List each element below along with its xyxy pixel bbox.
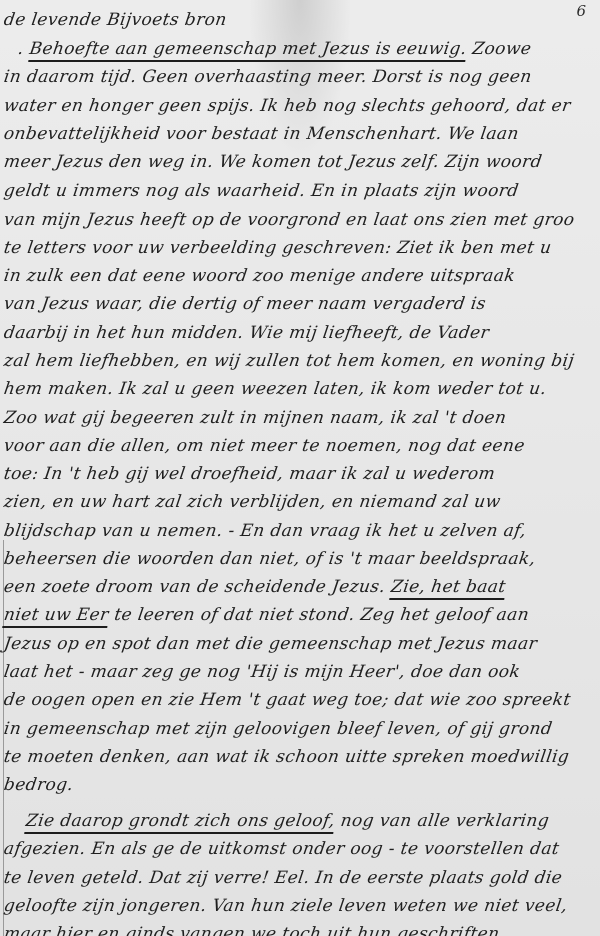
manuscript-line: . Behoefte aan gemeenschap met Jezus is … — [17, 39, 533, 59]
manuscript-line: zal hem liefhebben, en wij zullen tot he… — [3, 351, 576, 371]
underlined-phrase: niet uw Eer — [2, 605, 110, 628]
manuscript-line: te moeten denken, aan wat ik schoon uitt… — [3, 747, 571, 767]
manuscript-line: meer Jezus den weg in. We komen tot Jezu… — [3, 152, 544, 172]
manuscript-line: in daarom tijd. Geen overhaasting meer. … — [3, 67, 533, 87]
manuscript-line: te leven geteld. Dat zij verre! Eel. In … — [3, 868, 564, 888]
handwritten-text-body: de levende Bijvoets bron. Behoefte aan g… — [0, 0, 600, 936]
manuscript-line: water en honger geen spijs. Ik heb nog s… — [3, 96, 572, 116]
manuscript-line: onbevattelijkheid voor bestaat in Mensch… — [3, 124, 521, 144]
manuscript-page: 6 de levende Bijvoets bron. Behoefte aan… — [0, 0, 600, 936]
manuscript-line: bedrog. — [3, 775, 75, 795]
manuscript-line: zien, en uw hart zal zich verblijden, en… — [3, 492, 502, 512]
manuscript-line: toe: In 't heb gij wel droefheid, maar i… — [3, 464, 497, 484]
underlined-phrase: Zie daarop grondt zich ons geloof, — [24, 811, 336, 834]
manuscript-line: laat het - maar zeg ge nog 'Hij is mijn … — [3, 662, 522, 682]
manuscript-line: te letters voor uw verbeelding geschreve… — [3, 238, 553, 258]
manuscript-line: een zoete droom van de scheidende Jezus.… — [3, 577, 507, 597]
manuscript-line: in zulk een dat eene woord zoo menige an… — [3, 266, 517, 286]
manuscript-line: maar hier en ginds vangen we toch uit hu… — [3, 924, 501, 936]
underlined-phrase: Zie, het baat — [389, 577, 507, 600]
manuscript-line: voor aan die allen, om niet meer te noem… — [3, 436, 527, 456]
underlined-phrase: Behoefte aan gemeenschap met Jezus is ee… — [28, 39, 468, 62]
manuscript-line: afgezien. En als ge de uitkomst onder oo… — [3, 839, 561, 859]
manuscript-line: de oogen open en zie Hem 't gaat weg toe… — [3, 690, 573, 710]
manuscript-line: Jezus op en spot dan met die gemeenschap… — [3, 634, 539, 654]
manuscript-line: geldt u immers nog als waarheid. En in p… — [3, 181, 520, 201]
manuscript-line: hem maken. Ik zal u geen weezen laten, i… — [3, 379, 548, 399]
manuscript-line: geloofte zijn jongeren. Van hun ziele le… — [3, 896, 569, 916]
manuscript-line: van Jezus waar, die dertig of meer naam … — [3, 294, 488, 314]
manuscript-line: Zoo wat gij begeeren zult in mijnen naam… — [3, 408, 508, 428]
manuscript-line: daarbij in het hun midden. Wie mij liefh… — [3, 323, 491, 343]
manuscript-line: de levende Bijvoets bron — [3, 10, 228, 30]
manuscript-line: in gemeenschap met zijn geloovigen bleef… — [3, 719, 554, 739]
manuscript-line: niet uw Eer te leeren of dat niet stond.… — [3, 605, 531, 625]
manuscript-line: blijdschap van u nemen. - En dan vraag i… — [3, 521, 528, 541]
manuscript-line: beheersen die woorden dan niet, of is 't… — [3, 549, 537, 569]
manuscript-line: Zie daarop grondt zich ons geloof, nog v… — [25, 811, 551, 831]
manuscript-line: van mijn Jezus heeft op de voorgrond en … — [3, 210, 576, 230]
